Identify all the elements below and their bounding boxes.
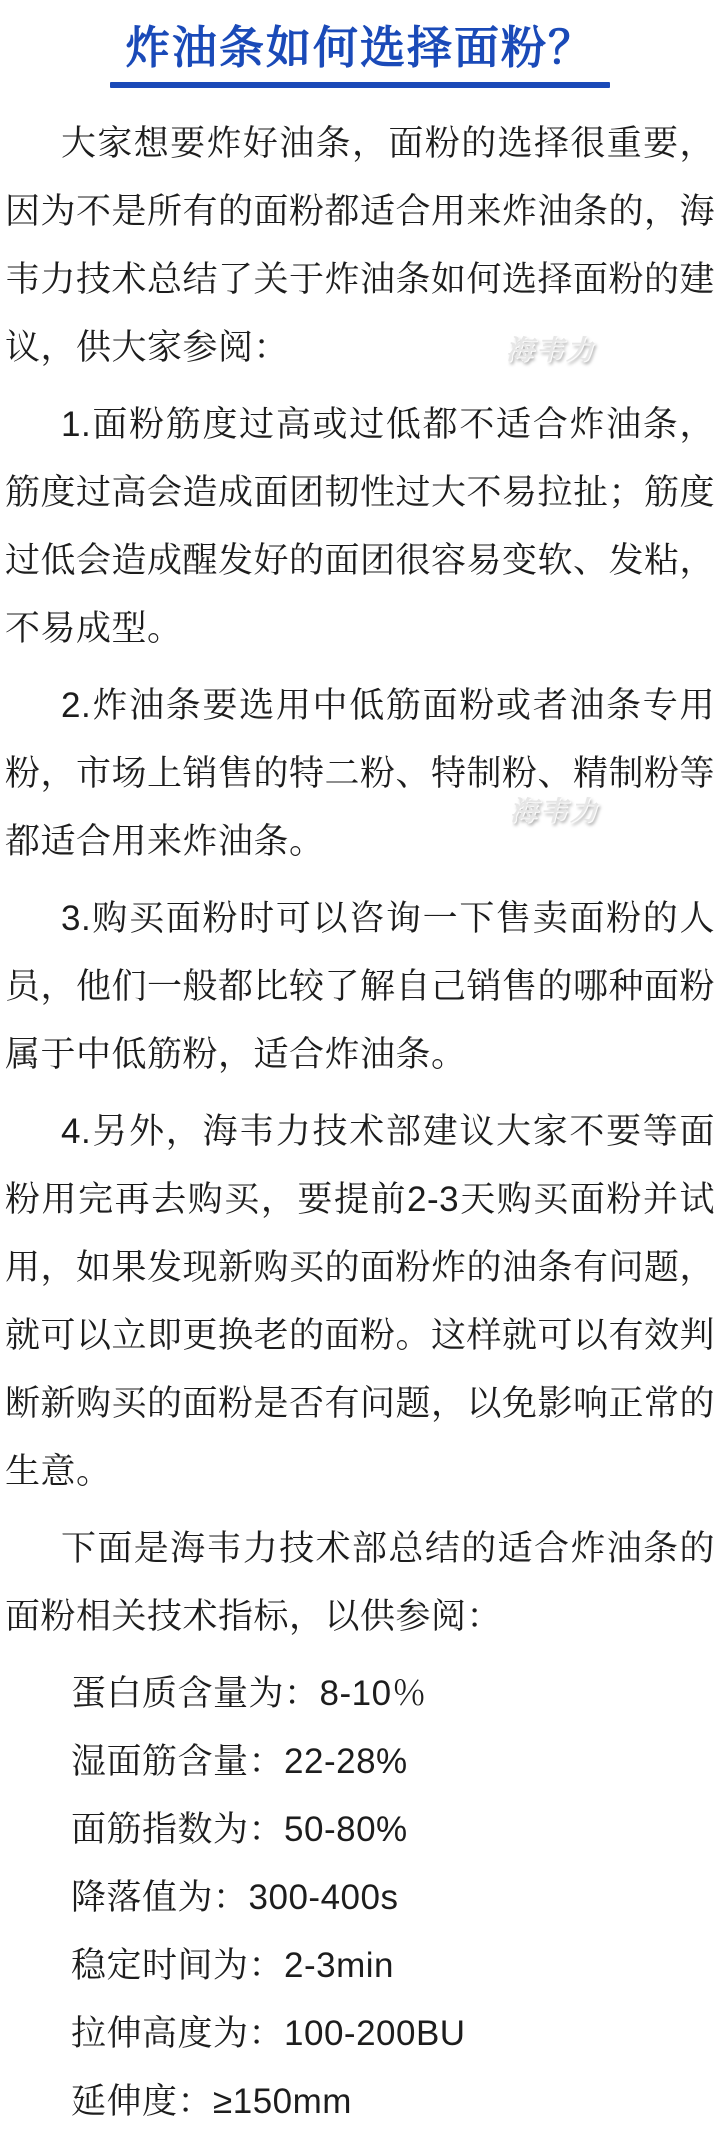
spec-label: 降落值为： [71,1878,249,1917]
spec-row-extension-height: 拉伸高度为：100-200BU [5,2000,715,2068]
paragraph-point-1: 1.面粉筋度过高或过低都不适合炸油条，筋度过高会造成面团韧性过大不易拉扯；筋度过… [5,391,715,663]
spec-row-wet-gluten: 湿面筋含量：22-28% [5,1728,715,1796]
paragraph-point-3: 3.购买面粉时可以咨询一下售卖面粉的人员，他们一般都比较了解自己销售的哪种面粉属… [5,885,715,1089]
spec-row-stability-time: 稳定时间为：2-3min [5,1932,715,2000]
spec-row-protein: 蛋白质含量为：8-10％ [5,1660,715,1728]
paragraph-intro: 大家想要炸好油条，面粉的选择很重要，因为不是所有的面粉都适合用来炸油条的，海韦力… [5,110,715,382]
spec-label: 面筋指数为： [71,1810,284,1849]
spec-list: 蛋白质含量为：8-10％ 湿面筋含量：22-28% 面筋指数为：50-80% 降… [5,1660,715,2136]
spec-row-falling-number: 降落值为：300-400s [5,1864,715,1932]
spec-row-extensibility: 延伸度：≥150mm [5,2068,715,2136]
spec-value: 8-10％ [320,1674,428,1713]
paragraph-specs-intro: 下面是海韦力技术部总结的适合炸油条的面粉相关技术指标，以供参阅： [5,1515,715,1651]
title-underline [110,82,610,88]
page-title: 炸油条如何选择面粉？ [5,20,715,78]
spec-value: 100-200BU [284,2014,466,2053]
spec-value: 50-80% [284,1810,408,1849]
spec-label: 蛋白质含量为： [71,1674,320,1713]
article-page: 炸油条如何选择面粉？ 大家想要炸好油条，面粉的选择很重要，因为不是所有的面粉都适… [0,0,720,2154]
paragraph-point-4: 4.另外，海韦力技术部建议大家不要等面粉用完再去购买，要提前2-3天购买面粉并试… [5,1098,715,1506]
spec-value: 2-3min [284,1946,394,1985]
spec-label: 延伸度： [71,2082,213,2121]
spec-value: 22-28% [284,1742,408,1781]
spec-label: 湿面筋含量： [71,1742,284,1781]
spec-value: ≥150mm [213,2082,352,2121]
article-body: 大家想要炸好油条，面粉的选择很重要，因为不是所有的面粉都适合用来炸油条的，海韦力… [5,110,715,2136]
spec-value: 300-400s [249,1878,399,1917]
spec-label: 拉伸高度为： [71,2014,284,2053]
spec-label: 稳定时间为： [71,1946,284,1985]
spec-row-gluten-index: 面筋指数为：50-80% [5,1796,715,1864]
paragraph-point-2: 2.炸油条要选用中低筋面粉或者油条专用粉，市场上销售的特二粉、特制粉、精制粉等都… [5,672,715,876]
